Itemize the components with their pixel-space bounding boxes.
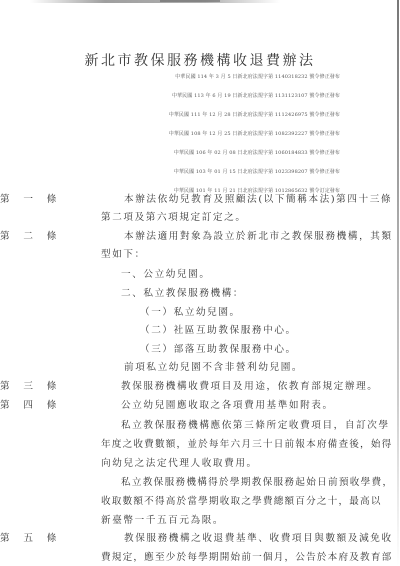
article-label-char: 條	[47, 228, 58, 242]
article-label-char: 第	[0, 191, 11, 205]
amendment-line: 中華民國 103 年 01 月 15 日北府法規字第 1023398207 號令…	[174, 168, 340, 175]
amendment-line: 中華民國 113 年 6 月 19 日新北府法規字第 1131123107 號令…	[172, 92, 340, 99]
article-label-char: 三	[23, 378, 34, 392]
article-4-text: 私立教保服務機構應依第三條所定收費項目，自訂次學	[121, 417, 390, 431]
article-label-char: 第	[0, 530, 11, 544]
amendment-line: 中華民國 111 年 12 月 28 日新北府法規字第 1112426975 號…	[169, 111, 340, 118]
article-2-text: 型如下：	[101, 246, 146, 260]
article-2-item: 二、私立教保服務機構：	[121, 285, 244, 299]
article-2-text: 本辦法適用對象為設立於新北市之教保服務機構，其類	[124, 228, 393, 242]
amendment-line: 中華民國 108 年 12 月 25 日新北府法規字第 1082392227 號…	[169, 130, 340, 137]
amendment-line: 中華民國 114 年 3 月 5 日新北府法規字第 1140318232 號令修…	[175, 73, 340, 80]
article-2-label: 第 二 條	[0, 228, 58, 242]
article-4-label: 第 四 條	[0, 397, 58, 411]
article-label-char: 第	[0, 378, 11, 392]
article-4-text: 公立幼兒園應收取之各項費用基準如附表。	[121, 397, 334, 411]
article-4-text: 向幼兒之法定代理人收取費用。	[101, 455, 258, 469]
article-label-char: 第	[0, 228, 11, 242]
article-label-char: 五	[23, 530, 34, 544]
article-label-char: 四	[23, 397, 34, 411]
article-label-char: 二	[23, 228, 34, 242]
article-label-char: 條	[47, 191, 58, 205]
article-2-item: 一、公立幼兒園。	[121, 266, 211, 280]
article-4-text: 收取數額不得高於當學期收取之學費總額百分之十，最高以	[101, 493, 382, 507]
article-2-subitem: （三）部落互助教保服務中心。	[140, 341, 297, 355]
amendment-line: 中華民國 106 年 02 月 08 日北府法規字第 1060184833 號令…	[174, 149, 340, 156]
article-5-label: 第 五 條	[0, 530, 58, 544]
article-1-text: 本辦法依幼兒教育及照顧法(以下簡稱本法)第四十三條	[124, 191, 392, 205]
scan-top-shadow-2	[160, 0, 220, 2]
article-label-char: 條	[47, 397, 58, 411]
article-2-subitem: （一）私立幼兒園。	[140, 304, 241, 318]
article-2-subitem: （二）社區互助教保服務中心。	[140, 322, 297, 336]
article-label-char: 一	[23, 191, 34, 205]
article-label-char: 第	[0, 397, 11, 411]
article-label-char: 條	[47, 378, 58, 392]
article-4-text: 私立教保服務機構得於學期教保服務起始日前預收學費，	[121, 474, 393, 488]
scan-top-shadow	[30, 0, 280, 3]
article-2-text: 前項私立幼兒園不含非營利幼兒園。	[124, 359, 303, 373]
article-1-label: 第 一 條	[0, 191, 58, 205]
article-5-text: 教保服務機構之收退費基準、收費項目與數額及減免收	[124, 530, 393, 544]
scan-right-edge	[397, 0, 399, 566]
article-5-text: 費規定，應至少於每學期開始前一個月，公告於本府及教育部	[101, 549, 392, 563]
article-3-label: 第 三 條	[0, 378, 58, 392]
document-title: 新北市教保服務機構收退費辦法	[0, 50, 400, 70]
article-3-text: 教保服務機構收費項目及用途，依教育部規定辦理。	[121, 378, 378, 392]
article-4-text: 新臺幣一千五百元為限。	[101, 512, 224, 526]
article-label-char: 條	[47, 530, 58, 544]
article-4-text: 年度之收費數額，並於每年六月三十日前報本府備查後，始得	[101, 436, 392, 450]
article-1-text: 第二項及第六項規定訂定之。	[101, 209, 247, 223]
